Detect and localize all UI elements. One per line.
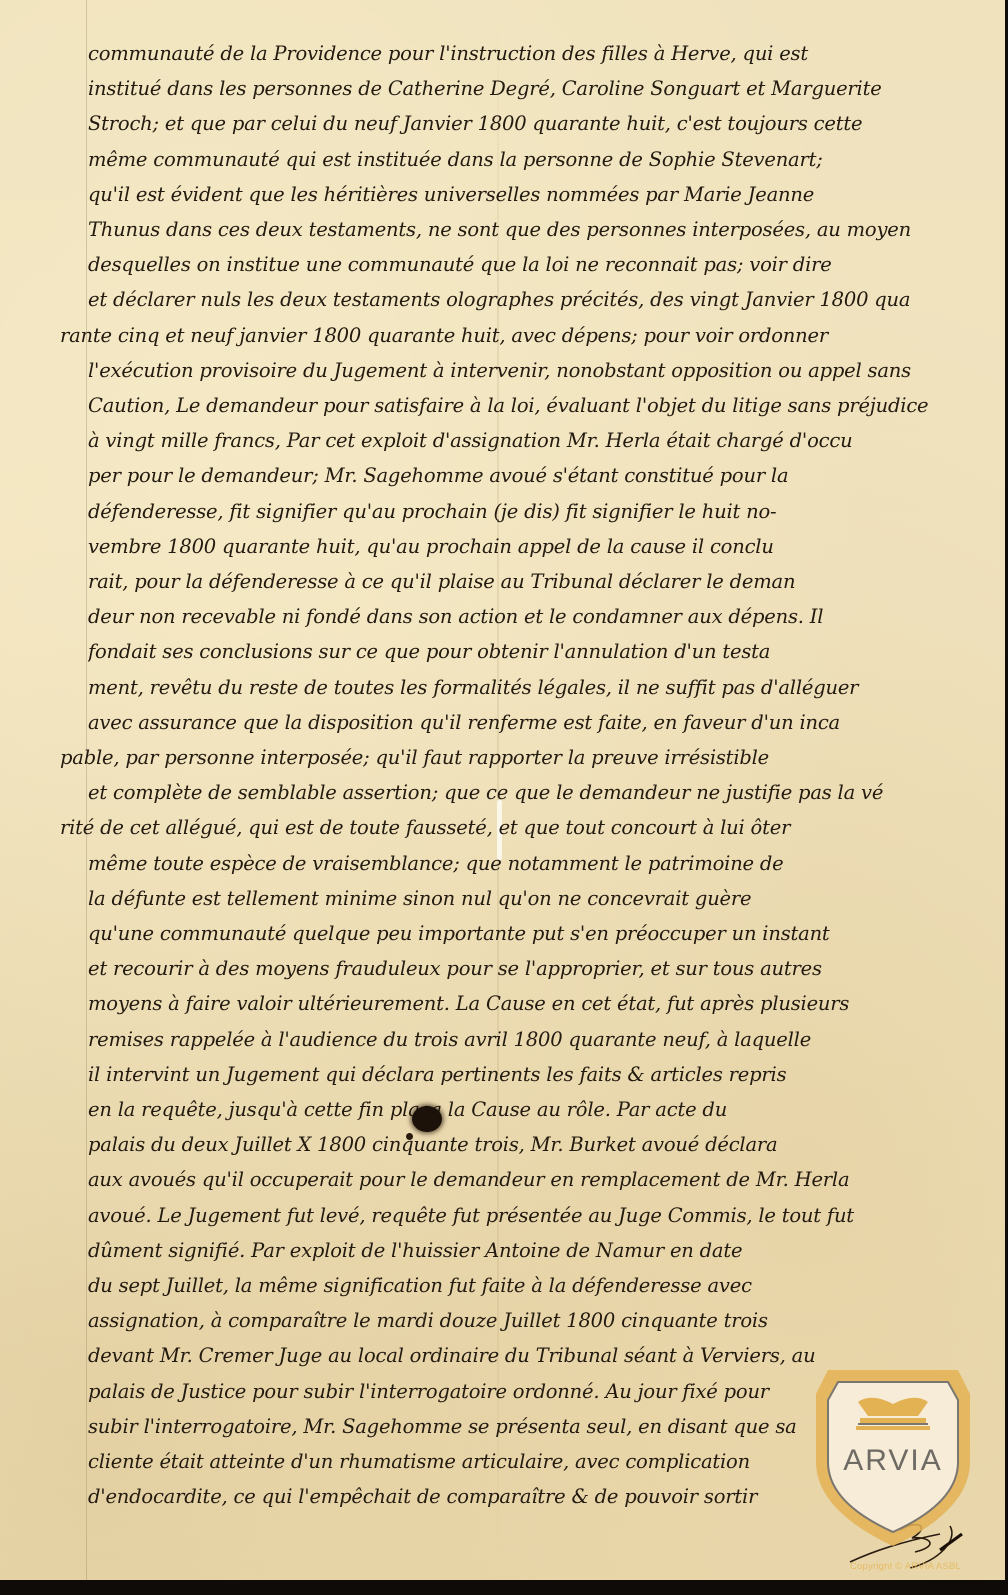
text-line: Stroch; et que par celui du neuf Janvier… (88, 110, 988, 138)
text-line: palais du deux Juillet X 1800 cinquante … (88, 1131, 988, 1159)
text-line: même communauté qui est instituée dans l… (88, 146, 988, 174)
copyright-notice: Copyright © ARVIA ASBL (850, 1561, 961, 1572)
text-line: rait, pour la défenderesse à ce qu'il pl… (88, 568, 988, 596)
text-line: qu'il est évident que les héritières uni… (88, 181, 988, 209)
margin-rule (86, 0, 87, 1580)
text-line: institué dans les personnes de Catherine… (88, 75, 988, 103)
text-line: assignation, à comparaître le mardi douz… (88, 1307, 988, 1335)
text-line: la défunte est tellement minime sinon nu… (88, 885, 988, 913)
text-line: rante cinq et neuf janvier 1800 quarante… (60, 322, 960, 350)
text-line: avec assurance que la disposition qu'il … (88, 709, 988, 737)
text-line: communauté de la Providence pour l'instr… (88, 40, 988, 68)
text-line: Thunus dans ces deux testaments, ne sont… (88, 216, 988, 244)
text-line: du sept Juillet, la même signification f… (88, 1272, 988, 1300)
text-line: per pour le demandeur; Mr. Sagehomme avo… (88, 462, 988, 490)
scan-border (0, 1580, 1008, 1595)
text-line: pable, par personne interposée; qu'il fa… (60, 744, 960, 772)
text-line: et complète de semblable assertion; que … (88, 779, 988, 807)
ink-drop (406, 1133, 413, 1140)
text-line: à vingt mille francs, Par cet exploit d'… (88, 427, 988, 455)
text-line: en la requête, jusqu'à cette fin plaça l… (88, 1096, 988, 1124)
manuscript-page: communauté de la Providence pour l'instr… (0, 0, 1005, 1580)
text-line: ment, revêtu du reste de toutes les form… (88, 674, 988, 702)
text-line: il intervint un Jugement qui déclara per… (88, 1061, 988, 1089)
svg-text:ARVIA: ARVIA (843, 1444, 943, 1477)
text-line: même toute espèce de vraisemblance; que … (88, 850, 988, 878)
text-line: vembre 1800 quarante huit, qu'au prochai… (88, 533, 988, 561)
text-line: moyens à faire valoir ultérieurement. La… (88, 990, 988, 1018)
text-line: fondait ses conclusions sur ce que pour … (88, 638, 988, 666)
text-line: dûment signifié. Par exploit de l'huissi… (88, 1237, 988, 1265)
text-line: Caution, Le demandeur pour satisfaire à … (88, 392, 988, 420)
text-line: avoué. Le Jugement fut levé, requête fut… (88, 1202, 988, 1230)
text-line: défenderesse, fit signifier qu'au procha… (88, 498, 988, 526)
text-line: remises rappelée à l'audience du trois a… (88, 1026, 988, 1054)
text-line: qu'une communauté quelque peu importante… (88, 920, 988, 948)
ink-blot (412, 1106, 442, 1132)
arvia-shield-watermark-icon: ARVIA (808, 1352, 978, 1548)
text-line: desquelles on institue une communauté qu… (88, 251, 988, 279)
text-line: l'exécution provisoire du Jugement à int… (88, 357, 988, 385)
text-line: deur non recevable ni fondé dans son act… (88, 603, 988, 631)
text-line: et déclarer nuls les deux testaments olo… (88, 286, 988, 314)
text-line: aux avoués qu'il occuperait pour le dema… (88, 1166, 988, 1194)
text-line: rité de cet allégué, qui est de toute fa… (60, 814, 960, 842)
text-line: et recourir à des moyens frauduleux pour… (88, 955, 988, 983)
